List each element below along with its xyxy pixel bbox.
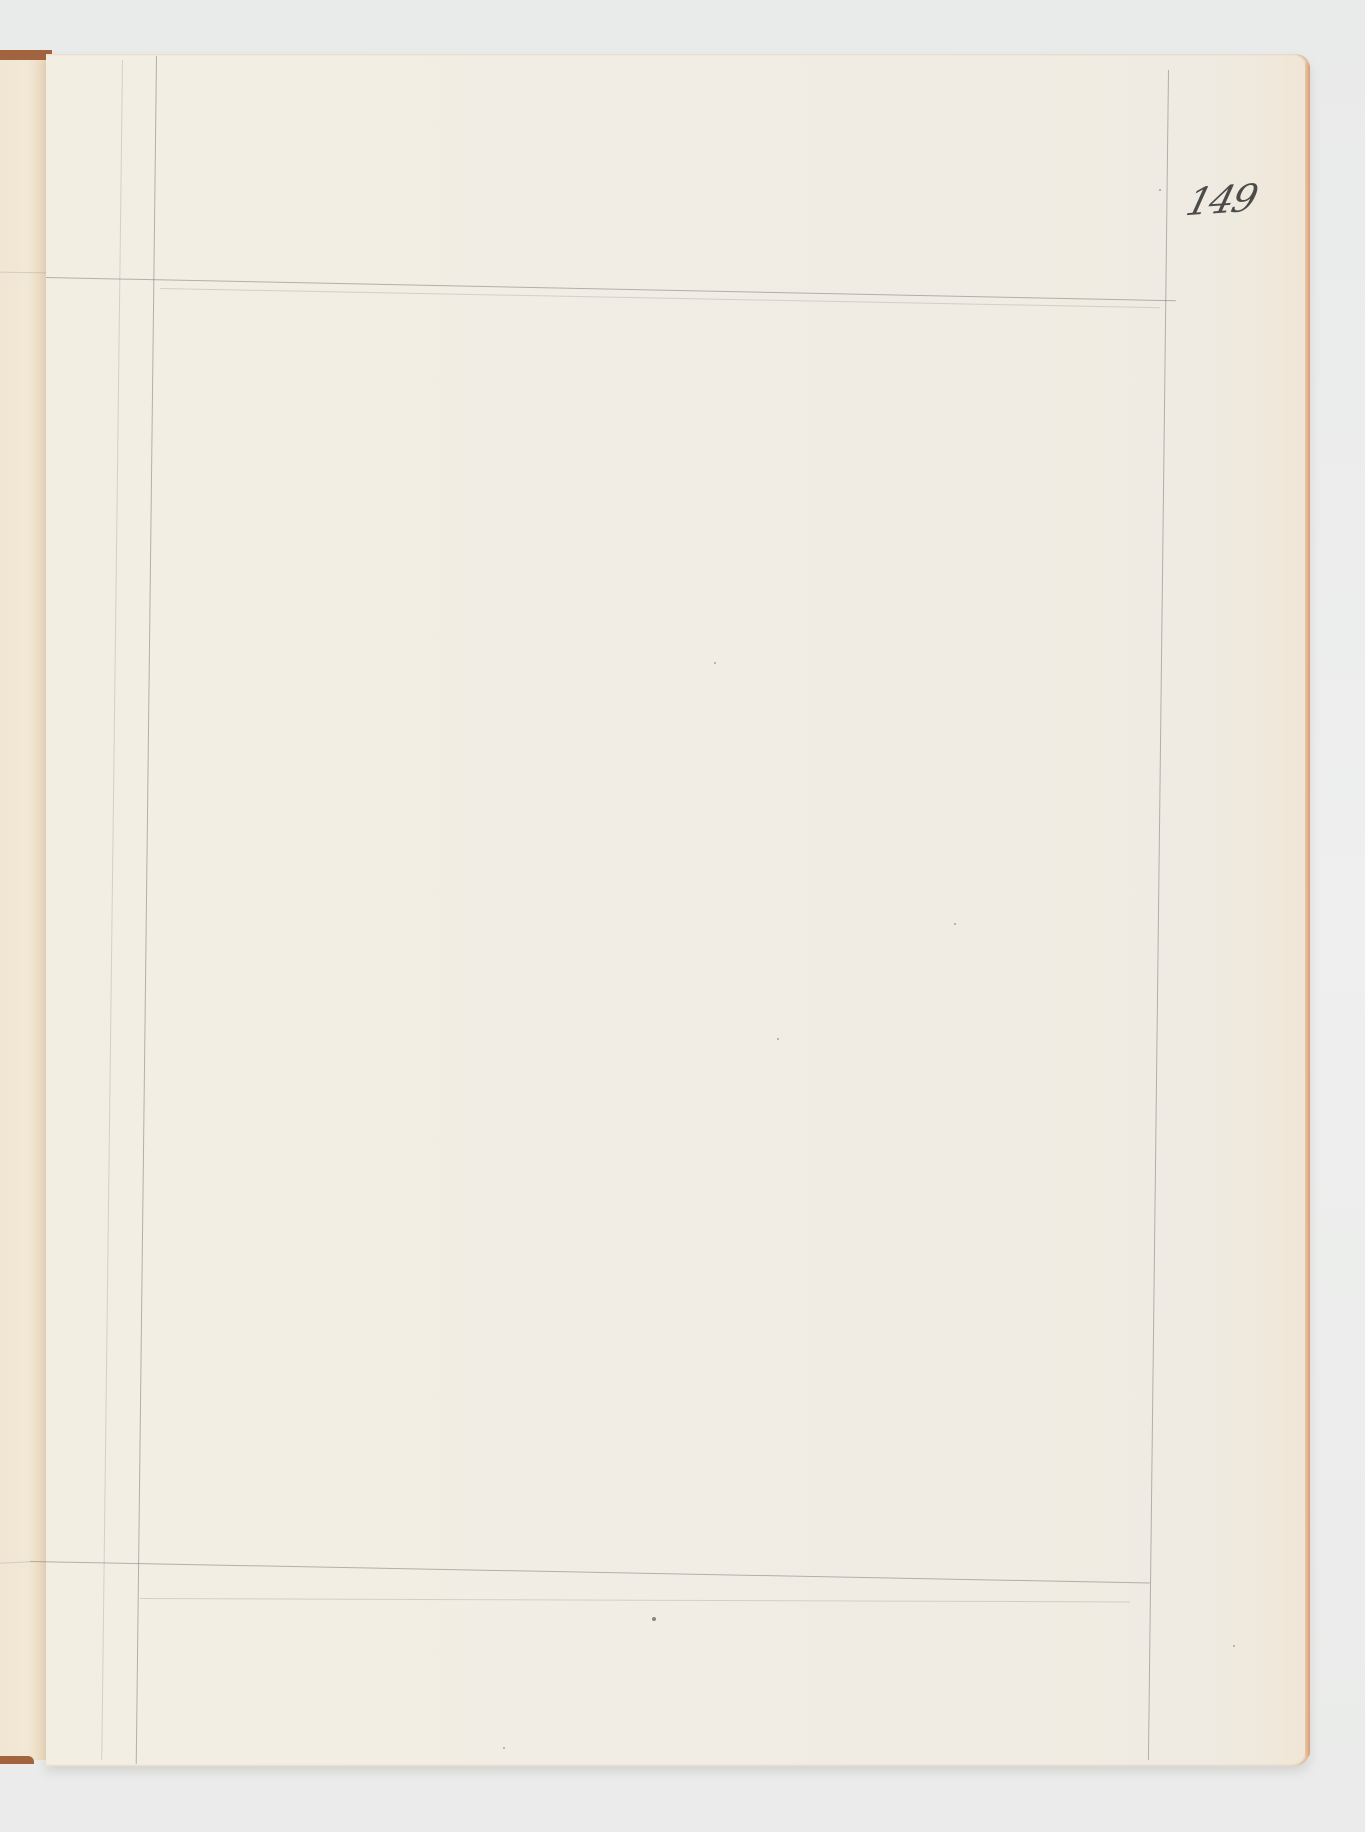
paper-speck	[652, 1617, 656, 1621]
paper-speck	[777, 1038, 779, 1040]
ledger-page	[46, 54, 1310, 1766]
page-edge-right	[1305, 62, 1310, 1758]
page-number: 149	[1182, 176, 1261, 225]
paper-speck	[954, 923, 956, 925]
paper-speck	[714, 662, 716, 664]
paper-speck	[503, 1747, 505, 1749]
paper-speck	[1233, 1645, 1235, 1647]
left-cover-edge-top	[0, 50, 52, 60]
left-cover-edge-bottom	[0, 1756, 34, 1764]
left-page-strip	[0, 60, 48, 1760]
paper-speck	[1159, 189, 1161, 191]
scan-background: 149	[0, 0, 1365, 1832]
